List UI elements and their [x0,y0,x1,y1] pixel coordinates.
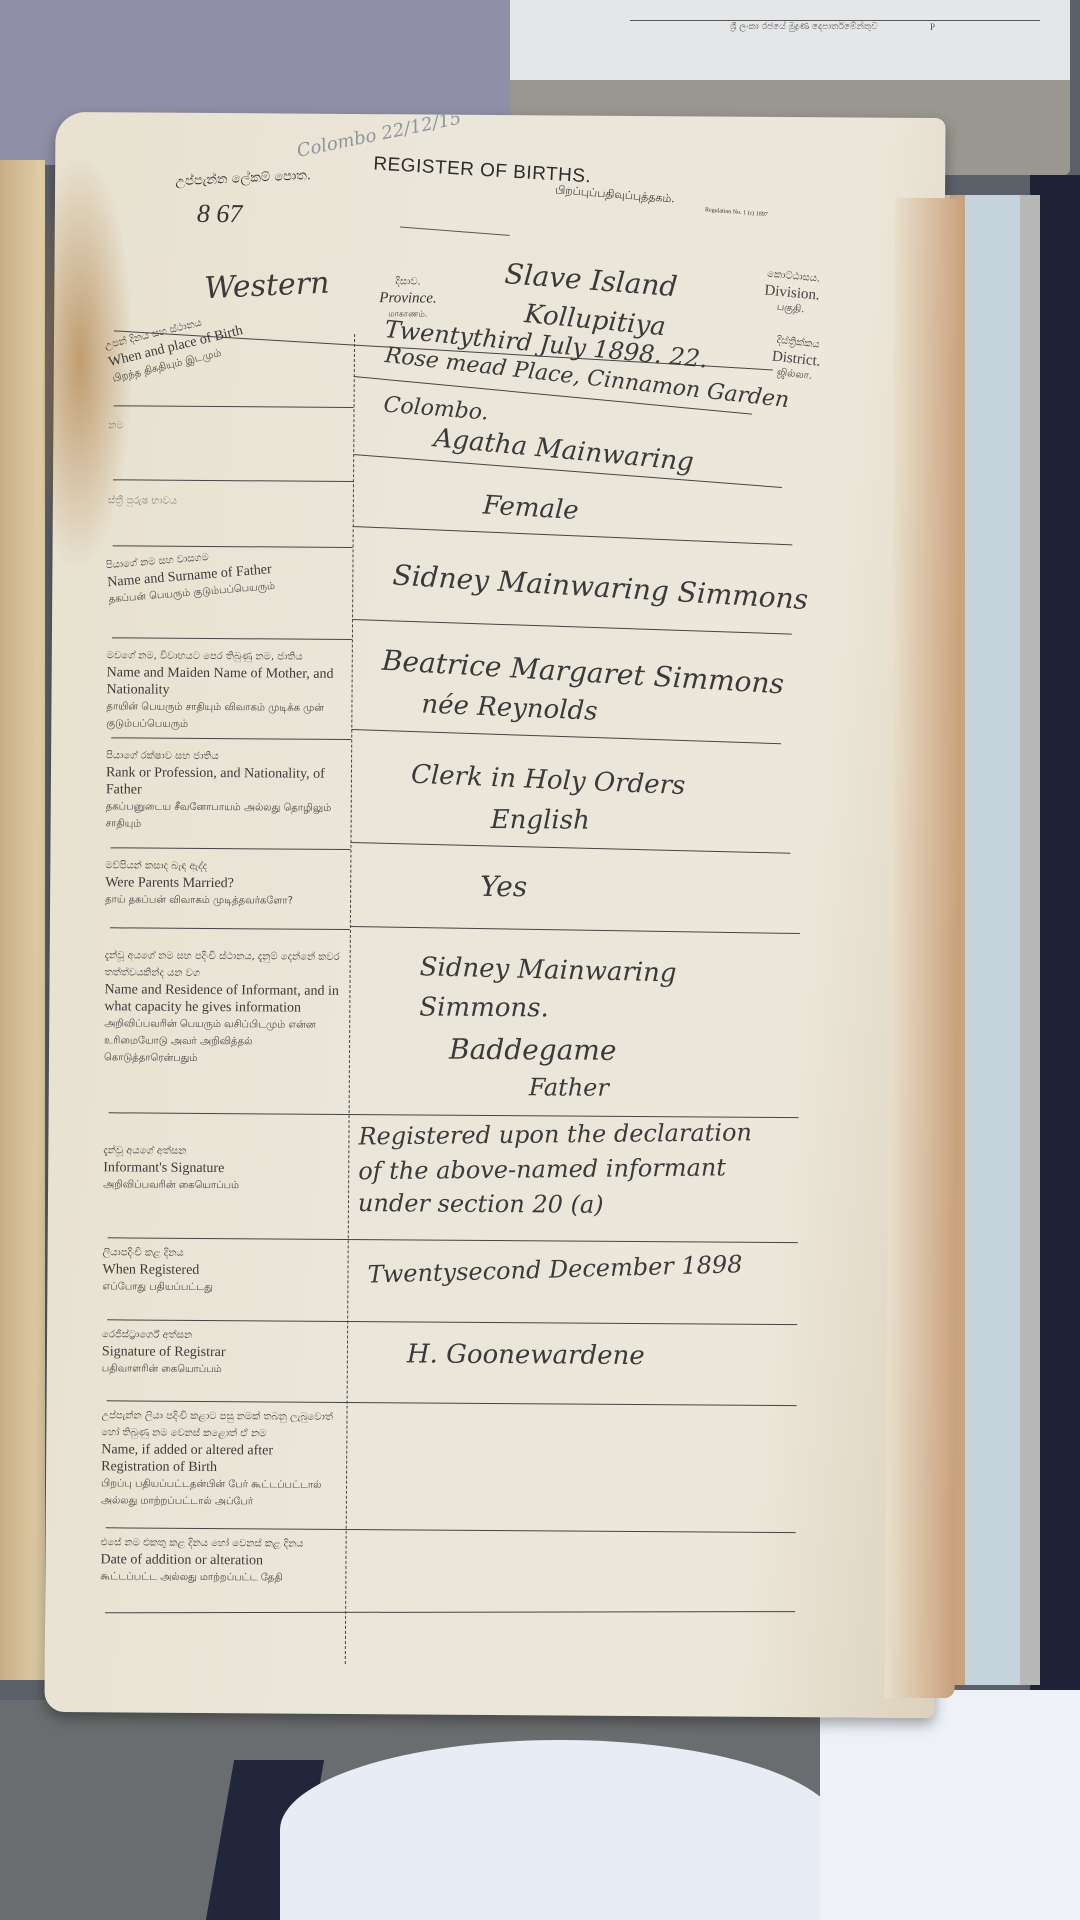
regulation-note: Regulation No. 1 (c) 1897 [705,206,768,219]
row-rule [113,479,353,482]
row-rule [105,1611,795,1613]
division-label: කොට්ඨාසය. Division. பகுதி. [762,267,822,320]
row-rule [114,405,354,408]
column-divider [345,334,355,1664]
background-left-binding [0,160,45,1680]
row-rule [107,1319,797,1325]
field-mother-label: මවගේ නම, විවාහයට පෙර තිබුණු නම, ජාතිය Na… [106,647,347,734]
field-father-label: පියාගේ නම සහ වාසගම Name and Surname of F… [105,538,348,608]
field-profession-value-line1: Clerk in Holy Orders [410,760,686,801]
register-page: Colombo 22/12/15 උප්පැන්න ලේකම් පොත. REG… [44,112,945,1718]
register-title-tamil: பிறப்புப்பதிவுப்புத்தகம். [555,183,676,207]
field-informant-value-line2: Simmons. [419,992,549,1023]
field-registrar-label: රෙජිස්ට්‍රාර්ගේ අත්සන Signature of Regis… [102,1326,342,1379]
row-rule [353,526,793,545]
field-registered-value: Twentysecond December 1898 [367,1250,743,1288]
row-rule [109,1112,799,1118]
background-white-cloth-right [820,1690,1080,1920]
field-informant-label: දැන්වූ අයගේ නම සහ පදිංචි ස්ථානය, දැනුම් … [104,947,345,1068]
field-birth-value-line3: Colombo. [383,393,490,426]
register-title-sinhala: උප්පැන්න ලේකම් පොත. [175,168,311,189]
row-rule [110,847,350,850]
row-rule [107,1400,797,1406]
division-value-line1: Slave Island [503,257,678,303]
entry-number: 8 67 [197,199,243,229]
district-label: දිස්ත්‍රික්කය District. ஜில்லா. [769,333,823,386]
field-signature-label: දැන්වූ අයගේ අත්සන Informant's Signature … [103,1142,343,1195]
registrar-signature: H. Goonewardene [407,1339,645,1371]
field-signature-value-line3: under section 20 (a) [358,1189,604,1219]
field-informant-value-line3: Baddegame [449,1033,617,1067]
field-sex-label: ස්ත්‍රී පුරුෂ භාවය [108,492,348,511]
book-footer-letter: P [930,22,935,32]
field-signature-value-line2: of the above-named informant [358,1153,726,1185]
page-frayed-edge [885,198,965,1698]
field-mother-value-line2: née Reynolds [421,689,598,726]
field-sex-value: Female [482,490,579,526]
field-informant-value-line1: Sidney Mainwaring [419,952,677,988]
row-rule [110,927,350,930]
row-rule [112,637,352,640]
field-alteration-date-label: එසේ නම එකතු කළ දිනය හෝ වෙනස් කළ දිනය Dat… [100,1534,340,1587]
field-registered-label: ලියාපදිංචි කළ දිනය When Registered எப்போ… [102,1244,342,1297]
field-informant-value-line4: Father [529,1073,609,1102]
field-name-label: නම [108,417,348,436]
field-father-value: Sidney Mainwaring Simmons [392,558,809,616]
field-name-altered-label: උප්පැන්න ලියා පදිංචි කළාට පසු නමක් තබනු … [101,1407,342,1511]
field-profession-label: පියාගේ රක්ෂාව සහ ජාතිය Rank or Professio… [106,747,347,834]
field-married-label: මව්පියන් කසාද බැඳ ඇද්ද Were Parents Marr… [105,857,345,910]
field-profession-value-line2: English [491,805,590,836]
field-married-value: Yes [480,870,527,903]
row-rule [106,1527,796,1533]
row-rule [352,619,792,635]
field-signature-value-line1: Registered upon the declaration [358,1118,752,1150]
row-rule [350,926,800,934]
row-rule [351,729,781,744]
row-rule [350,842,790,854]
row-rule [108,1237,798,1243]
title-ornament [400,226,510,235]
row-rule [111,737,351,740]
background-white-cloth [280,1740,840,1920]
book-footer-text: ශ්‍රී ලංකා රජයේ මුද්‍රණ දෙපාර්තමේන්තුව [730,22,878,32]
book-footer-rule [630,20,1040,21]
